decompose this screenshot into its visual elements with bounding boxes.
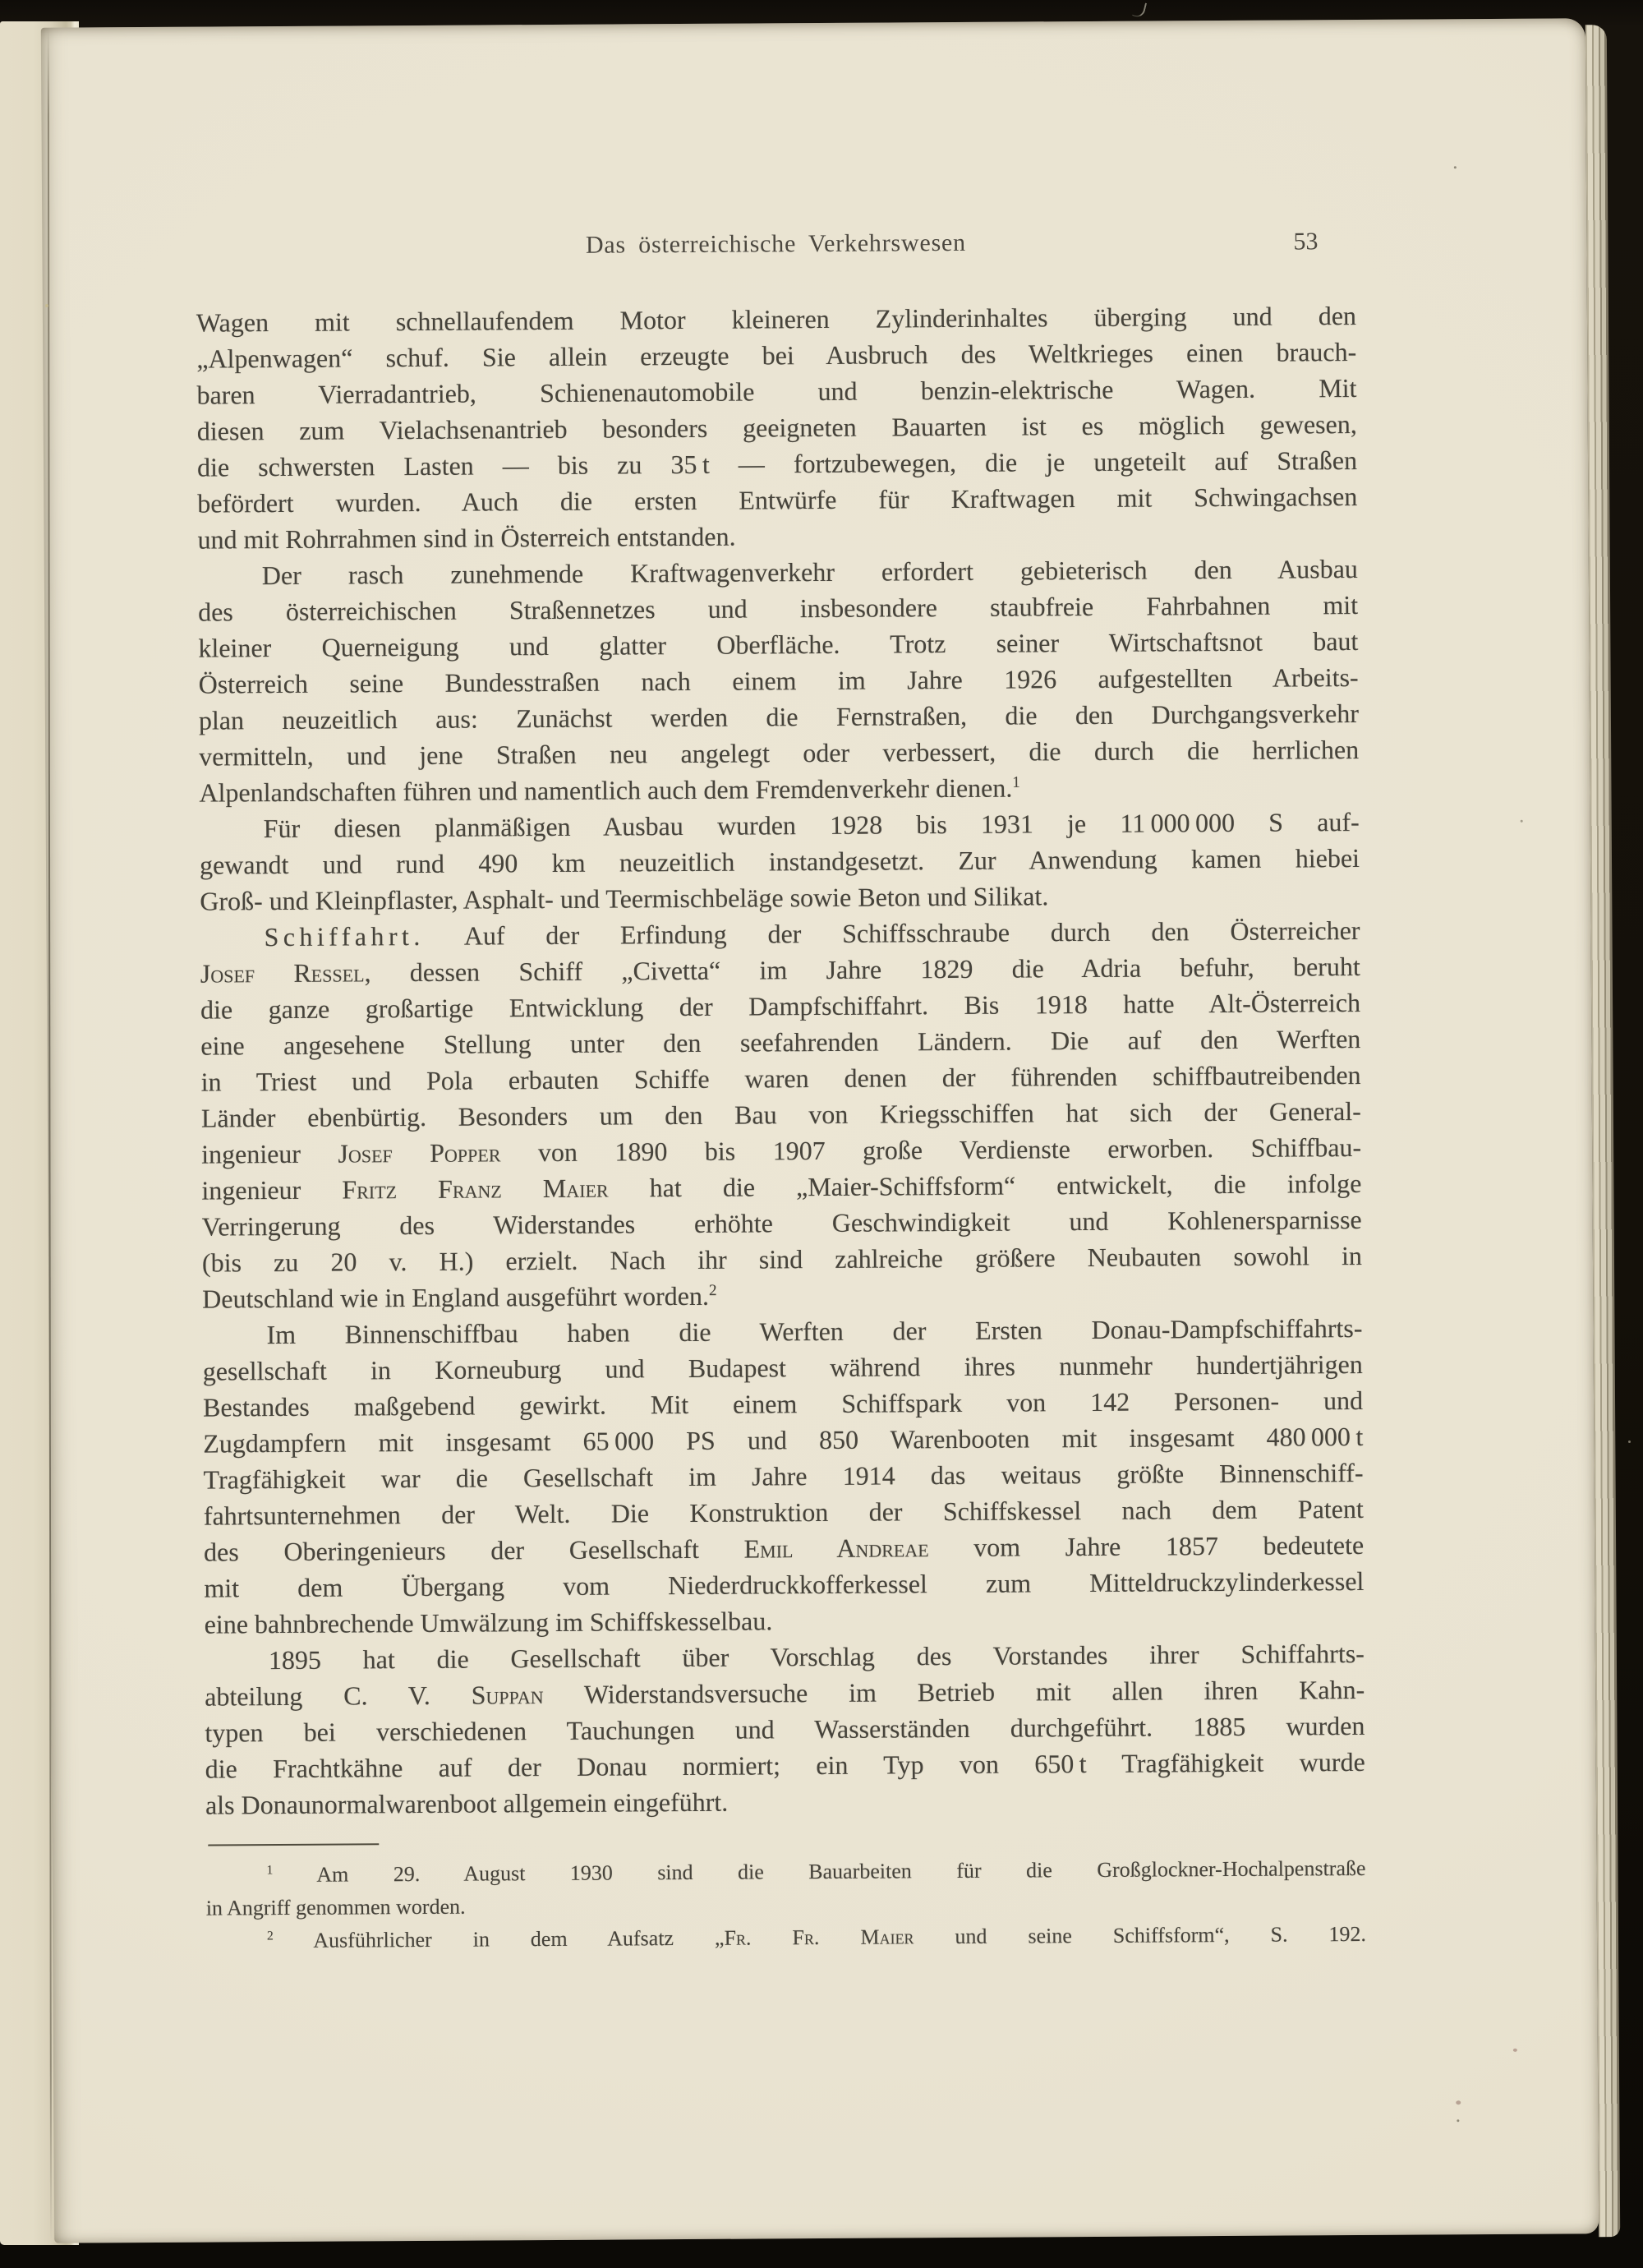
paper-speck <box>45 304 48 307</box>
paragraph: 1895 hat die Gesellschaft über Vorschlag… <box>205 1635 1365 1823</box>
paper-speck <box>1454 166 1457 168</box>
scratch-mark <box>1132 1 1147 19</box>
page-number: 53 <box>1293 228 1318 256</box>
text-line: mit dem Übergang vom Niederdruckkofferke… <box>204 1563 1364 1606</box>
scanned-book-photo: { "header": { "title": "Das österreichis… <box>0 0 1643 2268</box>
paragraph: Der rasch zunehmende Kraftwagenverkehr e… <box>198 551 1360 811</box>
footnotes: 1 Am 29. August 1930 sind die Bauarbeite… <box>205 1852 1366 1958</box>
text-line: die Frachtkähne auf der Donau normiert; … <box>205 1744 1365 1787</box>
text-line: als Donaunormalwarenboot allgemein einge… <box>205 1780 1365 1823</box>
text-line: vermitteln, und jene Straßen neu angeleg… <box>199 731 1359 775</box>
text-line: befördert wurden. Auch die ersten Entwür… <box>197 478 1357 522</box>
paragraph: Schiffahrt. Auf der Erfindung der Schiff… <box>200 912 1362 1317</box>
body-text: Wagen mit schnellaufendem Motor kleinere… <box>196 297 1365 1823</box>
paragraph: Für diesen planmäßigen Ausbau wurden 192… <box>200 804 1360 920</box>
page-edge-stack <box>1585 25 1620 2237</box>
paper-speck <box>1521 820 1523 823</box>
paper-speck <box>1456 2100 1461 2104</box>
paper-speck <box>1457 2119 1459 2122</box>
running-title: Das österreichische Verkehrswesen <box>196 227 1355 262</box>
text-line: 2 Ausführlicher in dem Aufsatz „Fr. Fr. … <box>206 1918 1366 1958</box>
paragraph: Im Binnenschiffbau haben die Werften der… <box>202 1310 1364 1643</box>
book-page: Das österreichische Verkehrswesen 53 Wag… <box>41 18 1599 2243</box>
footnote-rule <box>208 1843 379 1846</box>
dust-speck <box>1628 1441 1631 1443</box>
running-head: Das österreichische Verkehrswesen 53 <box>196 227 1355 269</box>
paper-speck <box>1513 2049 1517 2052</box>
footnote: 2 Ausführlicher in dem Aufsatz „Fr. Fr. … <box>206 1918 1366 1958</box>
paragraph: Wagen mit schnellaufendem Motor kleinere… <box>196 297 1358 558</box>
text-line: gewandt und rund 490 km neuzeitlich inst… <box>200 840 1360 883</box>
text-line: (bis zu 20 v. H.) erzielt. Nach ihr sind… <box>202 1238 1362 1281</box>
footnote: 1 Am 29. August 1930 sind die Bauarbeite… <box>205 1852 1365 1925</box>
